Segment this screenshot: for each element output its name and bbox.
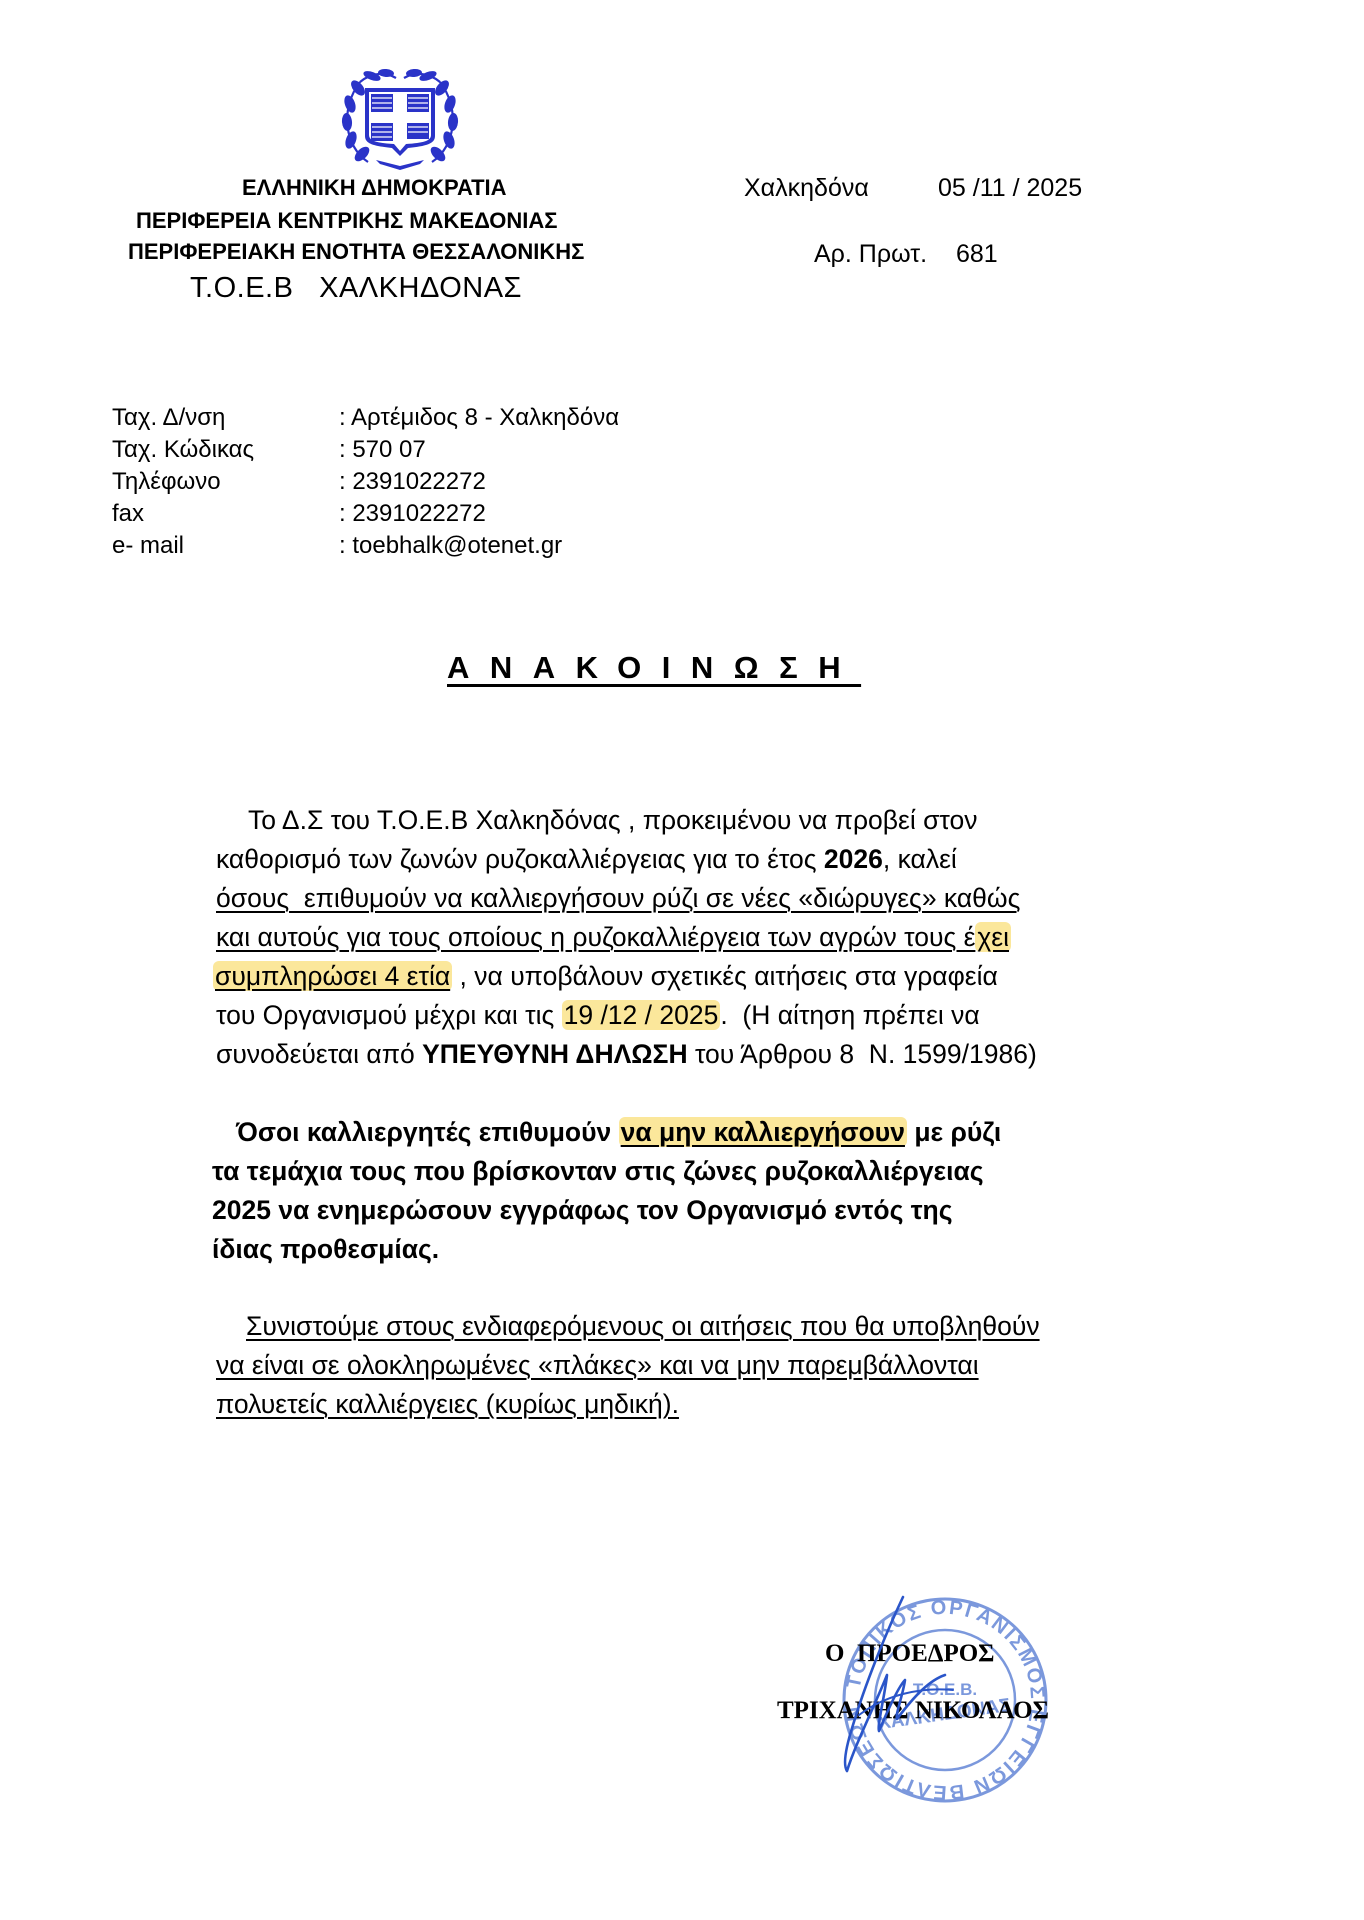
text-run: , να υποβάλουν σχετικές αιτήσεις στα γρα… (452, 961, 998, 991)
highlight: συμπληρώσει 4 ετία (213, 961, 452, 991)
text-run: καθορισμό των ζωνών ρυζοκαλλιέργειας για… (216, 844, 824, 874)
highlight: να μην καλλιεργήσουν (619, 1117, 907, 1147)
paragraph-line: και αυτούς για τους οποίους η ρυζοκαλλιέ… (216, 920, 1011, 954)
deadline-date: 19 /12 / 2025 (562, 1000, 721, 1030)
declaration-label: ΥΠΕΥΘΥΝΗ ΔΗΛΩΣΗ (422, 1039, 688, 1069)
contact-value: : Αρτέμιδος 8 - Χαλκηδόνα (339, 403, 619, 433)
contact-value[interactable]: : toebhalk@otenet.gr (339, 531, 562, 561)
target-year: 2026 (824, 844, 883, 874)
handwritten-signature-icon (835, 1595, 955, 1785)
document-date: 05 /11 / 2025 (938, 173, 1082, 203)
highlight: χει (975, 922, 1011, 952)
paragraph-line: Το Δ.Σ του Τ.Ο.Ε.Β Χαλκηδόνας , προκειμέ… (248, 803, 978, 837)
text-run: του Οργανισμού μέχρι και τις (216, 1000, 562, 1030)
text-run: Όσοι καλλιεργητές επιθυμούν (236, 1117, 619, 1147)
text-run: και αυτούς για τους οποίους η ρυζοκαλλιέ… (216, 922, 975, 952)
contact-value: : 2391022272 (339, 499, 486, 529)
paragraph-line: του Οργανισμού μέχρι και τις 19 /12 / 20… (216, 998, 980, 1032)
paragraph-line: συμπληρώσει 4 ετία , να υποβάλουν σχετικ… (213, 959, 998, 993)
org-name: Τ.Ο.Ε.Β ΧΑΛΚΗΔΟΝΑΣ (190, 271, 522, 305)
text-run: . (Η αίτηση πρέπει να (720, 1000, 979, 1030)
paragraph-line: Συνιστούμε στους ενδιαφερόμενους οι αιτή… (246, 1309, 1040, 1343)
paragraph-line: τα τεμάχια τους που βρίσκονταν στις ζώνε… (212, 1154, 984, 1188)
contact-label: Τηλέφωνο (112, 467, 221, 497)
place: Χαλκηδόνα (744, 173, 869, 203)
text-run: συνοδεύεται από (216, 1039, 422, 1069)
org-line-regional-unit: ΠΕΡΙΦΕΡΕΙΑΚΗ ΕΝΟΤΗΤΑ ΘΕΣΣΑΛΟΝΙΚΗΣ (128, 239, 584, 265)
paragraph-line: συνοδεύεται από ΥΠΕΥΘΥΝΗ ΔΗΛΩΣΗ του Άρθρ… (216, 1037, 1037, 1071)
contact-value: : 570 07 (339, 435, 426, 465)
announcement-title: ΑΝΑΚΟΙΝΩΣΗ (447, 648, 861, 688)
text-run: του Άρθρου 8 Ν. 1599/1986) (688, 1039, 1037, 1069)
contact-label: Ταχ. Δ/νση (112, 403, 225, 433)
paragraph-line: ίδιας προθεσμίας. (212, 1232, 439, 1266)
paragraph-line: Όσοι καλλιεργητές επιθυμούν να μην καλλι… (236, 1115, 1001, 1149)
contact-value: : 2391022272 (339, 467, 486, 497)
protocol-label: Αρ. Πρωτ. (814, 239, 927, 269)
paragraph-line: καθορισμό των ζωνών ρυζοκαλλιέργειας για… (216, 842, 957, 876)
org-line-region: ΠΕΡΙΦΕΡΕΙΑ ΚΕΝΤΡΙΚΗΣ ΜΑΚΕΔΟΝΙΑΣ (136, 208, 558, 234)
contact-label: Ταχ. Κώδικας (112, 435, 254, 465)
text-run: , καλεί (883, 844, 957, 874)
greek-coat-of-arms-icon (338, 64, 462, 170)
org-line-republic: ΕΛΛΗΝΙΚΗ ΔΗΜΟΚΡΑΤΙΑ (242, 175, 507, 201)
text-run: με ρύζι (907, 1117, 1001, 1147)
paragraph-line: πολυετείς καλλιέργειες (κυρίως μηδική). (216, 1387, 679, 1421)
paragraph-line: να είναι σε ολοκληρωμένες «πλάκες» και ν… (216, 1348, 979, 1382)
paragraph-line: όσους επιθυμούν να καλλιεργήσουν ρύζι σε… (216, 881, 1020, 915)
contact-label: e- mail (112, 531, 184, 561)
paragraph-line: 2025 να ενημερώσουν εγγράφως τον Οργανισ… (212, 1193, 953, 1227)
contact-label: fax (112, 499, 144, 529)
protocol-number: 681 (956, 239, 998, 269)
